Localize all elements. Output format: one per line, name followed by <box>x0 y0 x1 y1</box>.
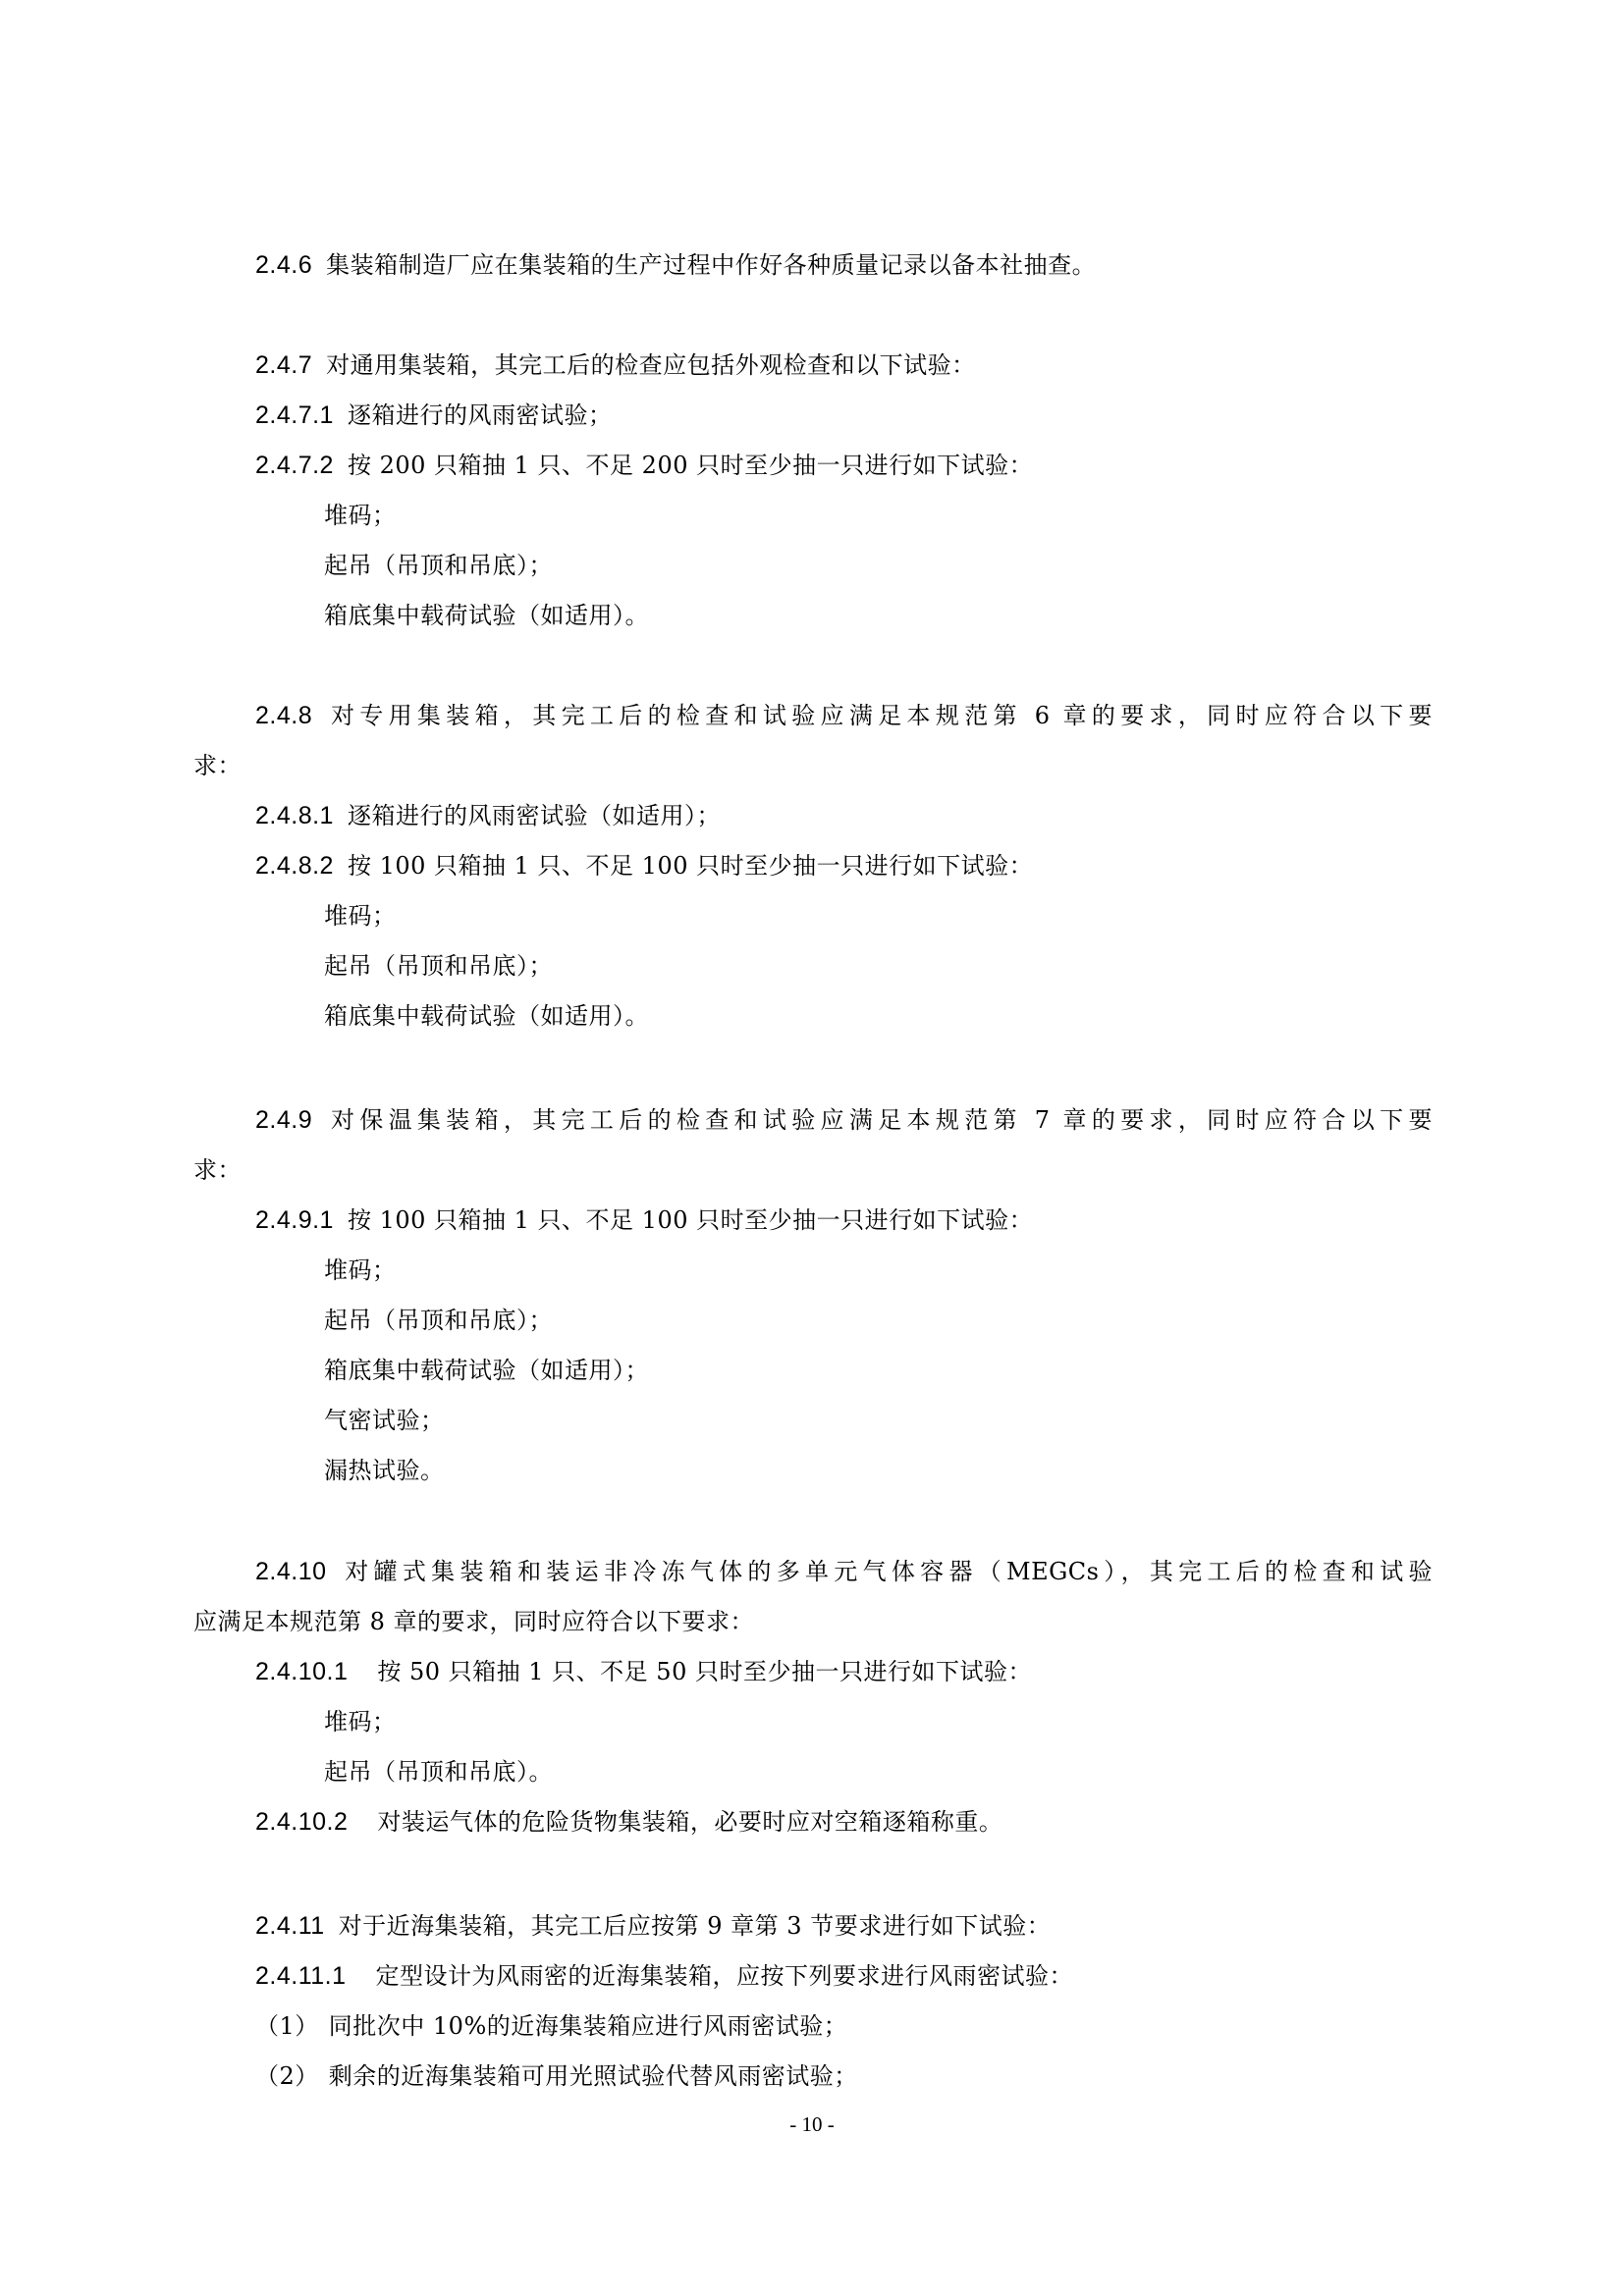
clause-number: 2.4.6 <box>255 251 312 279</box>
list-marker: （1） <box>255 2012 319 2040</box>
clause-number: 2.4.9.1 <box>255 1206 334 1234</box>
clause-text: 逐箱进行的风雨密试验（如适用）； <box>348 802 721 829</box>
clause-2-4-10: 2.4.10对罐式集装箱和装运非冷冻气体的多单元气体容器（MEGCs），其完工后… <box>255 1547 1433 1597</box>
test-item-floor-load: 箱底集中载荷试验（如适用）。 <box>324 591 1433 641</box>
page-number: - 10 - <box>0 2112 1624 2137</box>
list-text: 同批次中 10%的近海集装箱应进行风雨密试验； <box>329 2012 847 2040</box>
clause-2-4-9-continuation: 求： <box>193 1146 1433 1196</box>
clause-2-4-10-2: 2.4.10.2对装运气体的危险货物集装箱，必要时应对空箱逐箱称重。 <box>255 1797 1433 1847</box>
clause-2-4-8: 2.4.8对专用集装箱，其完工后的检查和试验应满足本规范第 6 章的要求，同时应… <box>255 691 1433 741</box>
clause-text: 逐箱进行的风雨密试验； <box>348 401 613 429</box>
test-item-lifting: 起吊（吊顶和吊底）。 <box>324 1747 1433 1797</box>
list-item-1: （1）同批次中 10%的近海集装箱应进行风雨密试验； <box>255 2002 1433 2052</box>
test-item-stacking: 堆码； <box>324 1697 1433 1747</box>
clause-2-4-10-continuation: 应满足本规范第 8 章的要求，同时应符合以下要求： <box>193 1597 1433 1647</box>
test-item-stacking: 堆码； <box>324 1246 1433 1296</box>
clause-text: 对通用集装箱，其完工后的检查应包括外观检查和以下试验： <box>326 351 976 379</box>
clause-2-4-11-1: 2.4.11.1定型设计为风雨密的近海集装箱，应按下列要求进行风雨密试验： <box>255 1951 1433 2002</box>
clause-text: 对于近海集装箱，其完工后应按第 9 章第 3 节要求进行如下试验： <box>339 1912 1052 1940</box>
clause-text: 按 100 只箱抽 1 只、不足 100 只时至少抽一只进行如下试验： <box>348 1206 1033 1234</box>
clause-number: 2.4.7.1 <box>255 401 334 429</box>
test-item-lifting: 起吊（吊顶和吊底）； <box>324 541 1433 591</box>
test-item-airtight: 气密试验； <box>324 1396 1433 1446</box>
clause-text: 集装箱制造厂应在集装箱的生产过程中作好各种质量记录以备本社抽查。 <box>326 251 1096 279</box>
clause-text: 对保温集装箱，其完工后的检查和试验应满足本规范第 7 章的要求，同时应符合以下要 <box>326 1106 1433 1134</box>
clause-number: 2.4.10.2 <box>255 1808 348 1836</box>
clause-text: 对装运气体的危险货物集装箱，必要时应对空箱逐箱称重。 <box>377 1808 1002 1836</box>
list-marker: （2） <box>255 2062 319 2090</box>
clause-text: 对专用集装箱，其完工后的检查和试验应满足本规范第 6 章的要求，同时应符合以下要 <box>326 702 1433 729</box>
clause-2-4-8-continuation: 求： <box>193 741 1433 791</box>
clause-number: 2.4.11 <box>255 1912 325 1940</box>
test-item-lifting: 起吊（吊顶和吊底）； <box>324 1296 1433 1346</box>
test-item-lifting: 起吊（吊顶和吊底）； <box>324 941 1433 991</box>
clause-2-4-7-2: 2.4.7.2按 200 只箱抽 1 只、不足 200 只时至少抽一只进行如下试… <box>255 441 1433 491</box>
test-item-heat-leakage: 漏热试验。 <box>324 1446 1433 1496</box>
clause-2-4-8-1: 2.4.8.1逐箱进行的风雨密试验（如适用）； <box>255 791 1433 841</box>
clause-text: 按 200 只箱抽 1 只、不足 200 只时至少抽一只进行如下试验： <box>348 452 1033 479</box>
clause-2-4-9: 2.4.9对保温集装箱，其完工后的检查和试验应满足本规范第 7 章的要求，同时应… <box>255 1095 1433 1146</box>
test-item-stacking: 堆码； <box>324 491 1433 541</box>
clause-number: 2.4.10.1 <box>255 1658 348 1685</box>
document-page: 2.4.6集装箱制造厂应在集装箱的生产过程中作好各种质量记录以备本社抽查。 2.… <box>0 0 1624 2296</box>
clause-number: 2.4.9 <box>255 1106 312 1134</box>
clause-number: 2.4.8 <box>255 702 312 729</box>
list-item-2: （2）剩余的近海集装箱可用光照试验代替风雨密试验； <box>255 2052 1433 2102</box>
clause-2-4-9-1: 2.4.9.1按 100 只箱抽 1 只、不足 100 只时至少抽一只进行如下试… <box>255 1196 1433 1246</box>
clause-2-4-10-1: 2.4.10.1按 50 只箱抽 1 只、不足 50 只时至少抽一只进行如下试验… <box>255 1647 1433 1697</box>
clause-number: 2.4.7 <box>255 351 312 379</box>
test-item-floor-load: 箱底集中载荷试验（如适用）； <box>324 1346 1433 1396</box>
clause-text: 定型设计为风雨密的近海集装箱，应按下列要求进行风雨密试验： <box>376 1962 1074 1990</box>
clause-text: 对罐式集装箱和装运非冷冻气体的多单元气体容器（MEGCs），其完工后的检查和试验 <box>341 1558 1433 1585</box>
clause-2-4-7-1: 2.4.7.1逐箱进行的风雨密试验； <box>255 391 1433 441</box>
clause-number: 2.4.11.1 <box>255 1962 347 1990</box>
test-item-floor-load: 箱底集中载荷试验（如适用）。 <box>324 991 1433 1041</box>
clause-number: 2.4.8.1 <box>255 802 334 829</box>
clause-text: 按 100 只箱抽 1 只、不足 100 只时至少抽一只进行如下试验： <box>348 852 1033 880</box>
list-text: 剩余的近海集装箱可用光照试验代替风雨密试验； <box>329 2062 858 2090</box>
clause-number: 2.4.10 <box>255 1558 327 1585</box>
clause-number: 2.4.7.2 <box>255 452 334 479</box>
clause-2-4-7: 2.4.7对通用集装箱，其完工后的检查应包括外观检查和以下试验： <box>255 341 1433 391</box>
test-item-stacking: 堆码； <box>324 891 1433 941</box>
clause-number: 2.4.8.2 <box>255 852 334 880</box>
clause-2-4-11: 2.4.11对于近海集装箱，其完工后应按第 9 章第 3 节要求进行如下试验： <box>255 1901 1433 1951</box>
clause-2-4-8-2: 2.4.8.2按 100 只箱抽 1 只、不足 100 只时至少抽一只进行如下试… <box>255 841 1433 891</box>
clause-2-4-6: 2.4.6集装箱制造厂应在集装箱的生产过程中作好各种质量记录以备本社抽查。 <box>255 240 1433 291</box>
clause-text: 按 50 只箱抽 1 只、不足 50 只时至少抽一只进行如下试验： <box>377 1658 1032 1685</box>
